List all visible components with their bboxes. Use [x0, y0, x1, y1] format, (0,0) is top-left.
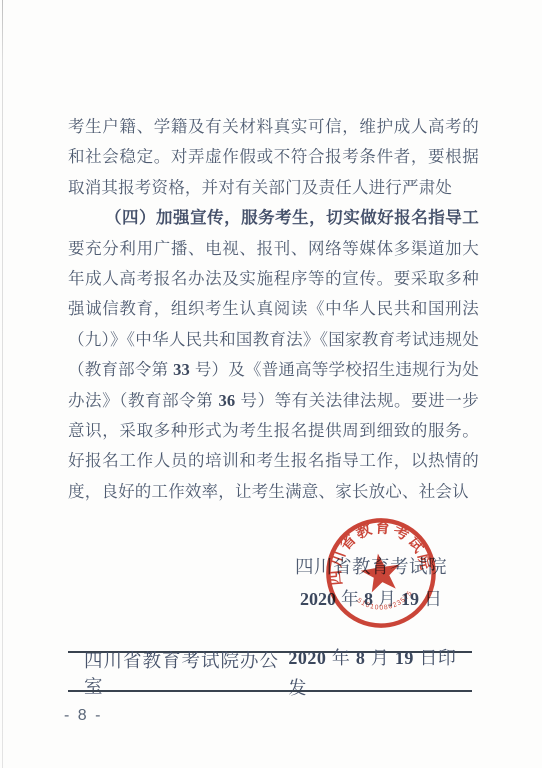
text-line: 要充分利用广播、电视、报刊、网络等媒体多渠道加大对 2020	[68, 234, 479, 264]
text-line: （教育部令第 33 号）及《普通高等学校招生违规行为处理暂行	[68, 355, 479, 385]
numeral: 19	[395, 648, 414, 668]
text-line: 取消其报考资格，并对有关部门及责任人进行严肃处理。	[68, 173, 479, 203]
text-line: 和社会稳定。对弄虚作假或不符合报考条件者，要根据有关规定，	[68, 142, 479, 172]
official-seal: 四川省教育考试院 5101008023575	[313, 505, 448, 640]
text-segment: （教育部令第	[68, 361, 173, 379]
footer-divider-bottom	[68, 690, 472, 692]
text-segment: 办法》（教育部令第	[68, 392, 218, 410]
numeral: 8	[356, 648, 366, 668]
scanned-document-page: 考生户籍、学籍及有关材料真实可信，维护成人高考的公平公正和社会稳定。对弄虚作假或…	[0, 0, 542, 768]
text-segment: 考生户籍、学籍及有关材料真实可信，维护成人高考的公平公正	[68, 118, 479, 142]
text-segment: 要充分利用广播、电视、报刊、网络等媒体多渠道加大对	[68, 240, 479, 264]
text-line: 年成人高考报名办法及实施程序等的宣传。要采取多种形式，加	[68, 264, 479, 294]
text-line: 强诚信教育，组织考生认真阅读《中华人民共和国刑法修正案	[68, 294, 479, 324]
numeral: 2020	[288, 648, 326, 668]
page-edge-shadow	[2, 0, 3, 768]
text-segment: （四）加强宣传，服务考生，切实做好报名指导工作。	[68, 209, 479, 233]
text-segment: 好报名工作人员的培训和考生报名指导工作，以热情的服务态	[68, 452, 479, 476]
text-segment: （九）》《中华人民共和国教育法》《国家教育考试违规处理办法》	[68, 331, 479, 355]
page-number: - 8 -	[64, 707, 102, 725]
text-segment: 强诚信教育，组织考生认真阅读《中华人民共和国刑法修正案	[68, 300, 479, 324]
text-segment: 年成人高考报名办法及实施程序等的宣传。要采取多种形式，加	[68, 270, 479, 294]
footer-date: 2020 年 8 月 19 日印发	[288, 643, 472, 703]
text-line: （九）》《中华人民共和国教育法》《国家教育考试违规处理办法》	[68, 325, 479, 355]
numeral: 36	[218, 391, 235, 410]
text-line: （四）加强宣传，服务考生，切实做好报名指导工作。各地	[68, 203, 479, 233]
footer-row: 四川省教育考试院办公室 2020 年 8 月 19 日印发	[68, 658, 472, 688]
text-line: 意识，采取多种形式为考生报名提供周到细致的服务。要认真做	[68, 416, 479, 446]
star-icon	[359, 551, 404, 594]
text-segment: 度，良好的工作效率，让考生满意、家长放心、社会认可。	[68, 483, 469, 507]
footer-print-date: 2020 年 8 月 19 日印发	[288, 643, 466, 703]
text-segment: 意识，采取多种形式为考生报名提供周到细致的服务。要认真做	[68, 422, 479, 446]
text-line: 考生户籍、学籍及有关材料真实可信，维护成人高考的公平公正	[68, 112, 479, 142]
text-segment: 月	[365, 648, 395, 668]
numeral: 33	[173, 360, 190, 379]
seal-serial-number: 5101008023575	[355, 589, 417, 616]
text-segment: 和社会稳定。对弄虚作假或不符合报考条件者，要根据有关规定，	[68, 148, 479, 172]
text-line: 好报名工作人员的培训和考生报名指导工作，以热情的服务态	[68, 446, 479, 476]
text-line: 办法》（教育部令第 36 号）等有关法律法规。要进一步提高服务	[68, 386, 479, 416]
body-text: 考生户籍、学籍及有关材料真实可信，维护成人高考的公平公正和社会稳定。对弄虚作假或…	[68, 112, 479, 507]
text-segment: 年	[326, 648, 356, 668]
text-line: 度，良好的工作效率，让考生满意、家长放心、社会认可。	[68, 477, 479, 507]
text-segment: 取消其报考资格，并对有关部门及责任人进行严肃处理。	[68, 179, 452, 203]
